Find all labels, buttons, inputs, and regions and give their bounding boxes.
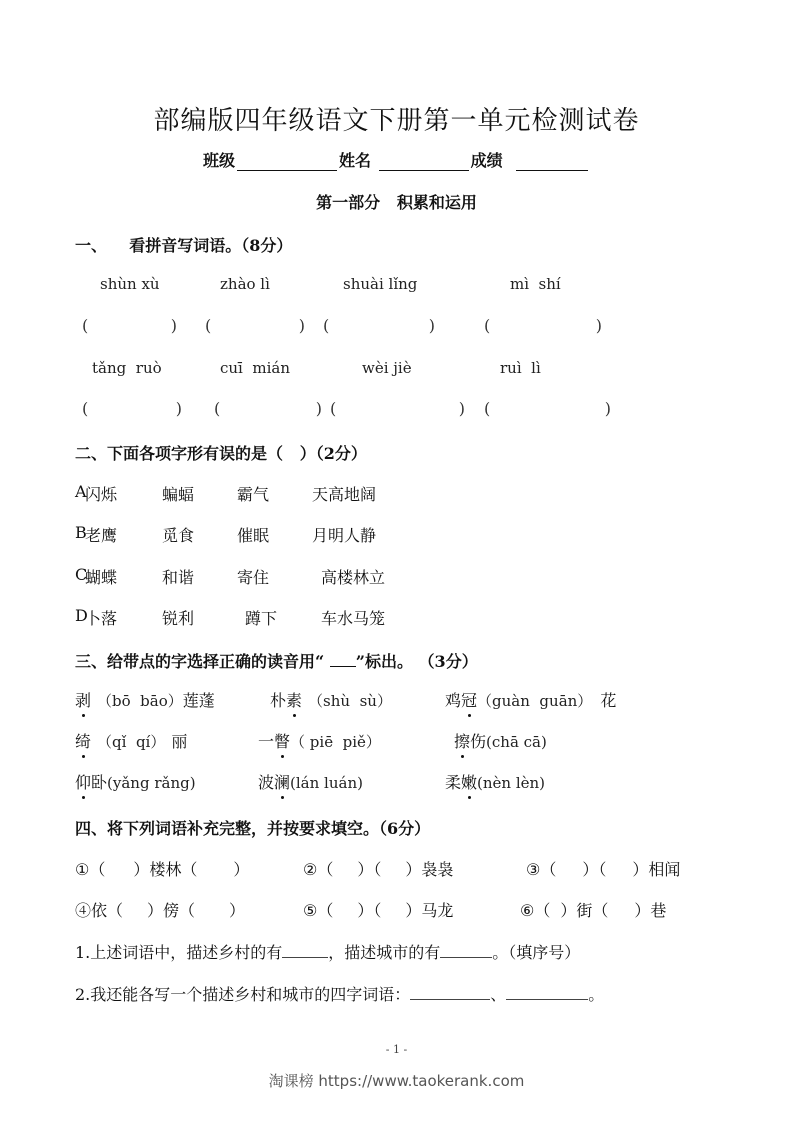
pinyin-2: zhào lì xyxy=(220,275,270,293)
pinyin-8: ruì lì xyxy=(500,359,541,377)
reading-item-4[interactable]: 绮（qǐ qí）丽 xyxy=(75,729,187,752)
pinyin-4: mì shí xyxy=(510,275,561,293)
answer-box-6[interactable]: () xyxy=(214,399,322,418)
option-c[interactable]: C蝴蝶和谐寄住高楼林立 xyxy=(75,565,87,584)
class-field[interactable] xyxy=(237,154,337,171)
pinyin-7: wèi jiè xyxy=(362,359,412,377)
pinyin-5: tǎng ruò xyxy=(92,359,162,377)
score-field[interactable] xyxy=(516,154,588,171)
question-4-1: 1.上述词语中，描述乡村的有，描述城市的有。（填序号） xyxy=(75,940,580,963)
reading-item-2[interactable]: 朴素（shù sù） xyxy=(270,688,392,711)
reading-item-3[interactable]: 鸡冠（guàn guān）花 xyxy=(445,688,616,711)
answer-box-1[interactable]: () xyxy=(82,316,177,335)
reading-item-9[interactable]: 柔嫩(nèn lèn) xyxy=(445,770,545,793)
section4-heading: 四、将下列词语补充完整，并按要求填空。（6分） xyxy=(75,816,430,839)
page-title: 部编版四年级语文下册第一单元检测试卷 xyxy=(0,100,793,137)
watermark-link[interactable]: 淘课榜 https://www.taokerank.com xyxy=(0,1070,793,1091)
question-4-2: 2.我还能各写一个描述乡村和城市的四字词语：、。 xyxy=(75,982,604,1005)
option-a[interactable]: A闪烁蝙蝠霸气天高地阔 xyxy=(75,482,87,501)
name-field[interactable] xyxy=(379,154,469,171)
pinyin-6: cuī mián xyxy=(220,359,290,377)
pinyin-3: shuài lǐng xyxy=(343,275,417,293)
section3-heading: 三、给带点的字选择正确的读音用“ ”标出。 （3分） xyxy=(75,649,478,672)
answer-box-8[interactable]: () xyxy=(484,399,611,418)
answer-box-4[interactable]: () xyxy=(484,316,602,335)
idiom-1[interactable]: ①（）楼林（） xyxy=(75,857,249,880)
village-answer-blank[interactable] xyxy=(282,943,328,958)
idiom-3[interactable]: ③（）（）相闻 xyxy=(526,857,680,880)
reading-item-5[interactable]: 一瞥（ piē piě） xyxy=(258,729,381,752)
page-number: - 1 - xyxy=(0,1043,793,1056)
city-idiom-blank[interactable] xyxy=(506,985,588,1000)
reading-item-7[interactable]: 仰卧(yǎng rǎng) xyxy=(75,770,196,793)
name-label: 姓名 xyxy=(339,151,371,170)
village-idiom-blank[interactable] xyxy=(410,985,490,1000)
idiom-5[interactable]: ⑤（）（）马龙 xyxy=(303,898,453,921)
part-title: 第一部分 积累和运用 xyxy=(0,190,793,213)
pinyin-1: shùn xù xyxy=(100,275,160,293)
student-info-line: 班级姓名 成绩 xyxy=(203,148,590,171)
answer-box-2[interactable]: () xyxy=(205,316,305,335)
idiom-4[interactable]: ④依（）傍（） xyxy=(75,898,245,921)
option-d[interactable]: D卜落锐利蹲下车水马笼 xyxy=(75,606,88,625)
answer-box-5[interactable]: () xyxy=(82,399,182,418)
idiom-2[interactable]: ②（）（）袅袅 xyxy=(303,857,453,880)
option-b[interactable]: B老鹰觅食催眠月明人静 xyxy=(75,523,87,542)
reading-item-1[interactable]: 剥（bō bāo）莲蓬 xyxy=(75,688,215,711)
reading-item-8[interactable]: 波澜(lán luán) xyxy=(258,770,363,793)
section1-heading: 一、 看拼音写词语。（8分） xyxy=(75,233,292,256)
answer-box-3[interactable]: () xyxy=(323,316,435,335)
answer-box-7[interactable]: () xyxy=(330,399,465,418)
score-label: 成绩 xyxy=(471,151,503,170)
reading-item-6[interactable]: 擦伤(chā cā) xyxy=(454,729,547,752)
idiom-6[interactable]: ⑥（）街（）巷 xyxy=(520,898,666,921)
section2-heading: 二、下面各项字形有误的是（ ）（2分） xyxy=(75,441,367,464)
class-label: 班级 xyxy=(203,151,235,170)
city-answer-blank[interactable] xyxy=(440,943,492,958)
